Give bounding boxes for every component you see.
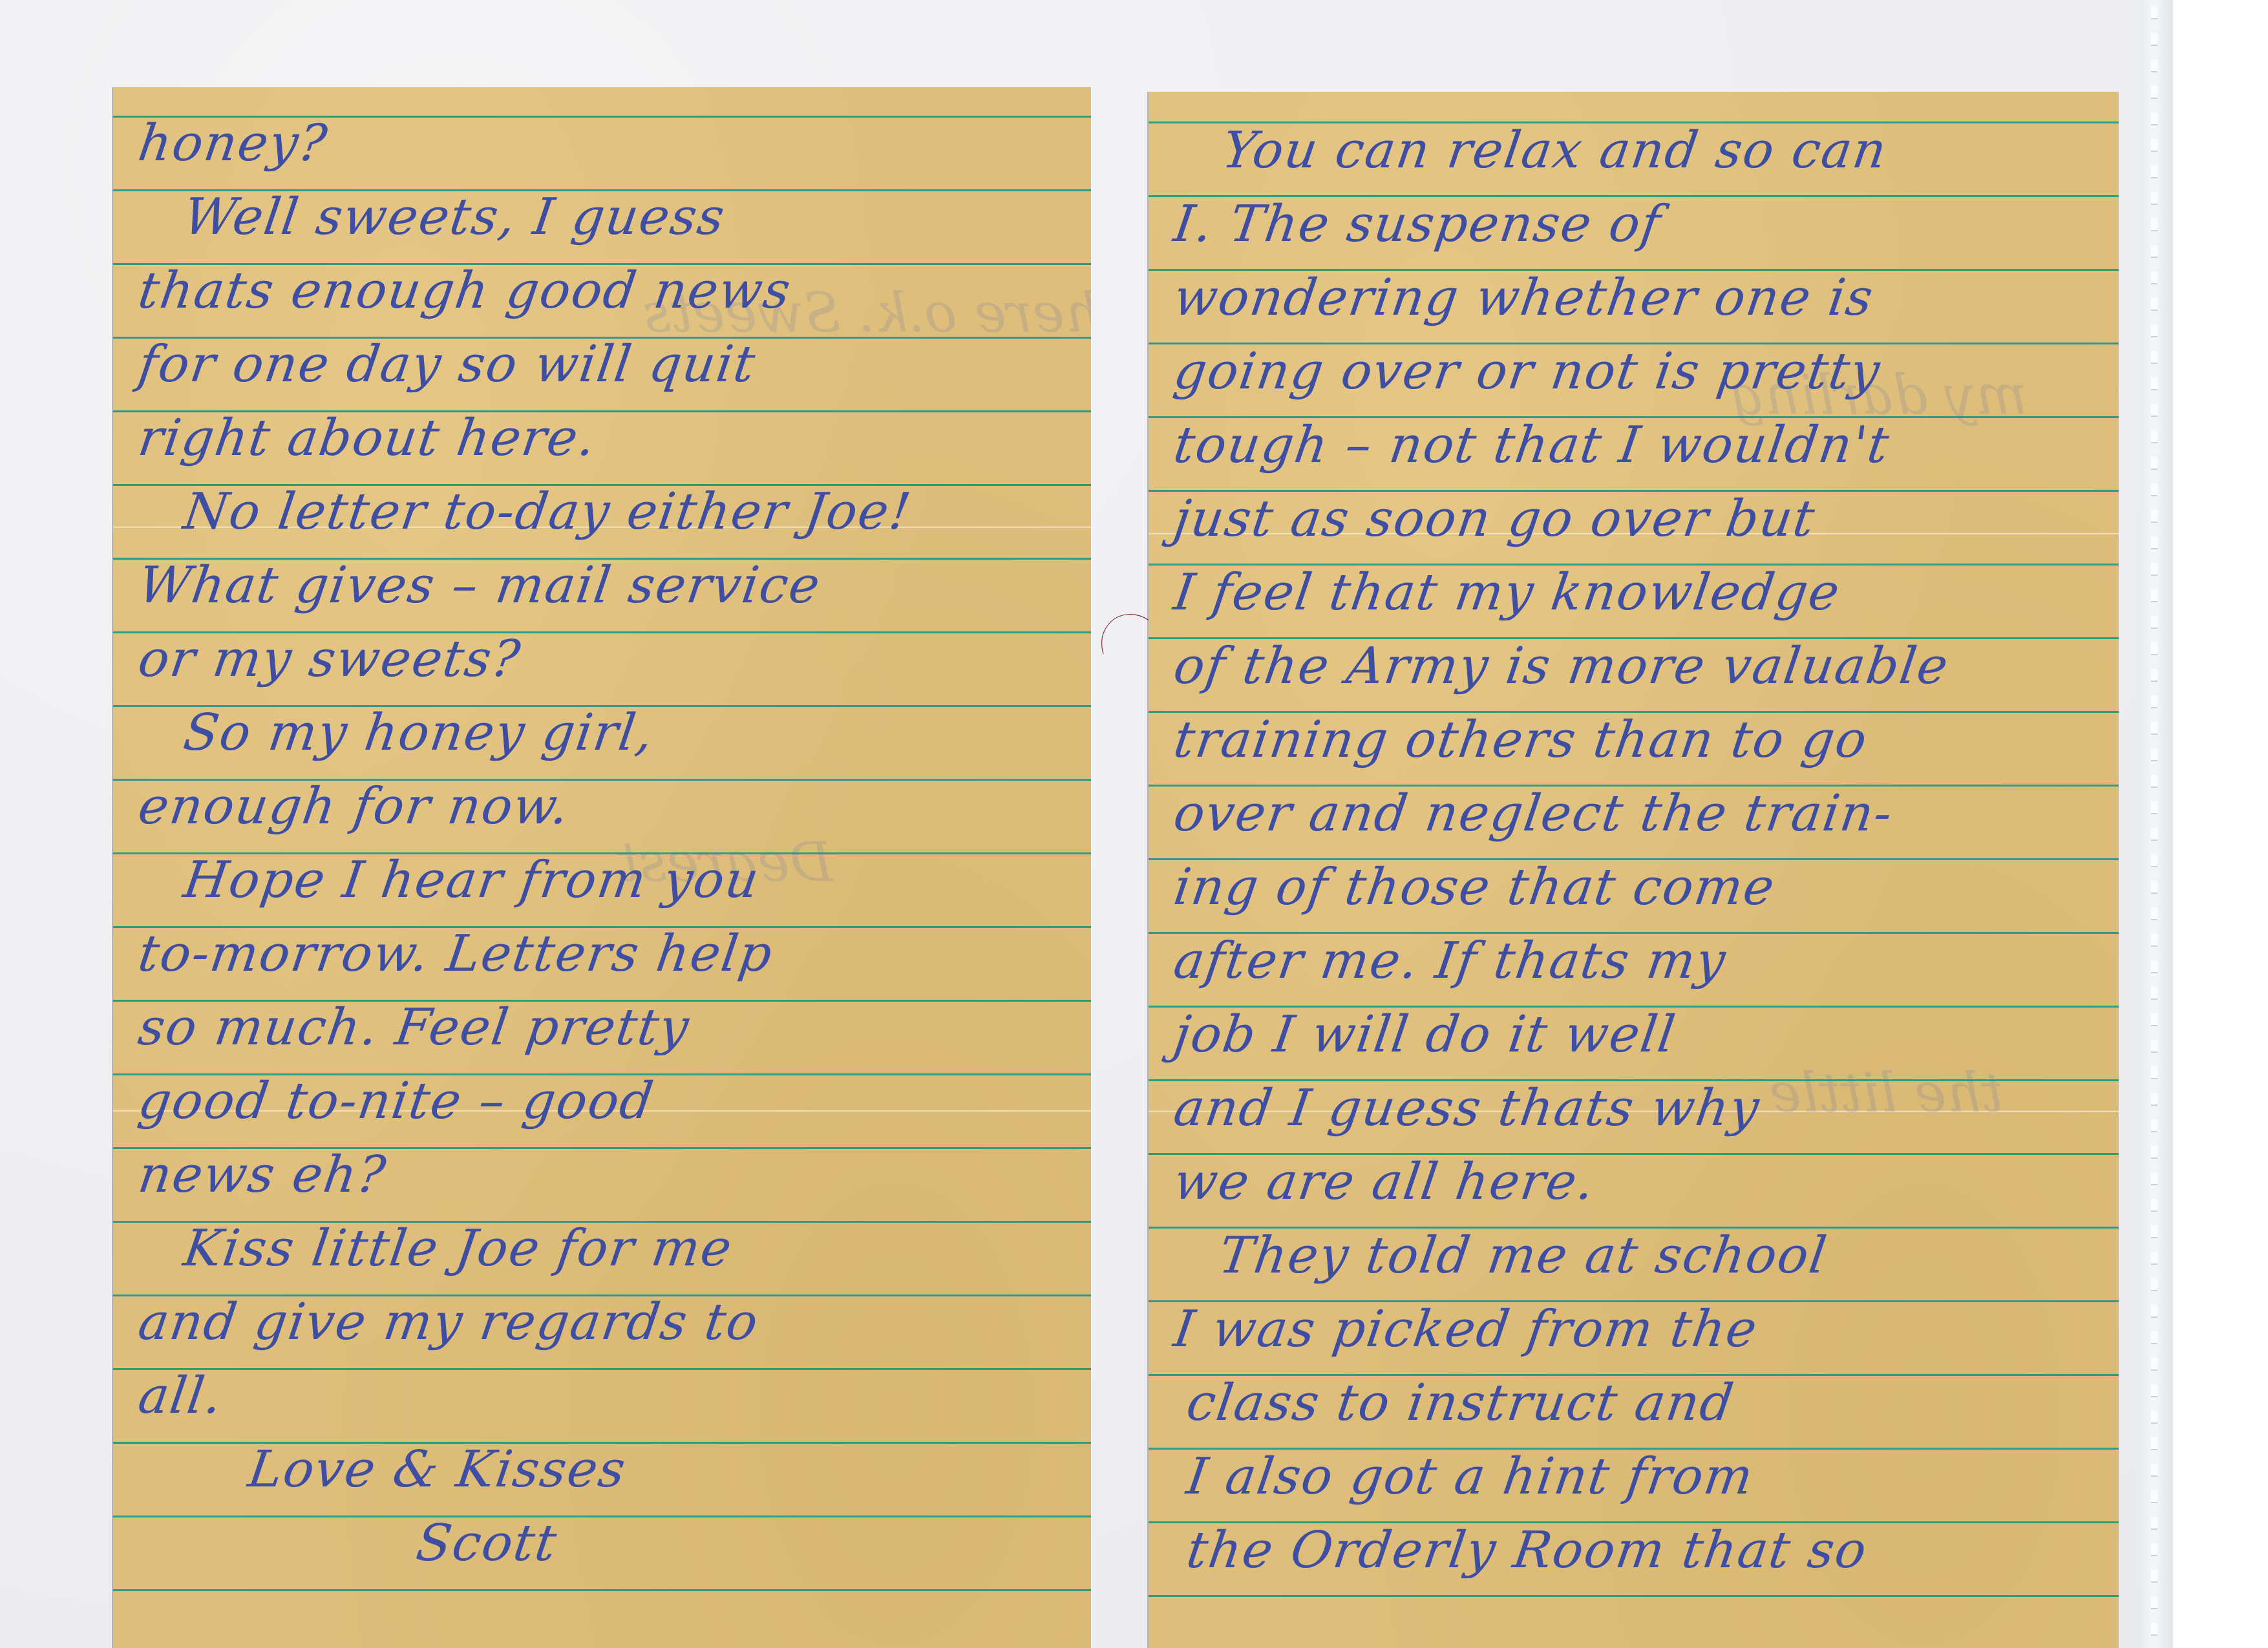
- text-line: just as soon go over but: [1149, 491, 2119, 565]
- text-line: honey?: [113, 116, 1091, 189]
- text-line: so much. Feel pretty: [113, 1000, 1091, 1073]
- text-line: class to instruct and: [1149, 1375, 2119, 1449]
- text-line: I also got a hint from: [1149, 1449, 2119, 1523]
- text-line: going over or not is pretty: [1149, 344, 2119, 417]
- letter-page-right: my darling the little You can relax and …: [1149, 92, 2119, 1648]
- text-line: we are all here.: [1149, 1154, 2119, 1228]
- text-line: I was picked from the: [1149, 1302, 2119, 1375]
- text-line: What gives – mail service: [113, 558, 1091, 631]
- text-line: job I will do it well: [1149, 1007, 2119, 1081]
- text-line: good to-nite – good: [113, 1073, 1091, 1147]
- text-line: after me. If thats my: [1149, 933, 2119, 1007]
- text-line: or my sweets?: [113, 631, 1091, 705]
- text-line: Well sweets, I guess: [113, 189, 1091, 263]
- text-line: tough – not that I wouldn't: [1149, 417, 2119, 491]
- text-line: all.: [113, 1368, 1091, 1442]
- letter-page-left: there o.k. Sweets Dearest honey? Well sw…: [113, 87, 1091, 1648]
- text-line: So my honey girl,: [113, 705, 1091, 779]
- sleeve-perforations: [2151, 0, 2157, 1648]
- text-line: to-morrow. Letters help: [113, 926, 1091, 1000]
- text-line: enough for now.: [113, 779, 1091, 852]
- text-line: over and neglect the train-: [1149, 786, 2119, 860]
- text-line: right about here.: [113, 410, 1091, 484]
- text-line: ing of those that come: [1149, 860, 2119, 933]
- text-line: wondering whether one is: [1149, 270, 2119, 344]
- text-line: thats enough good news: [113, 263, 1091, 337]
- handwritten-text: honey? Well sweets, I guess thats enough…: [113, 116, 1091, 1589]
- stray-hair: [1092, 607, 1150, 659]
- text-line: and I guess thats why: [1149, 1081, 2119, 1154]
- signature: Scott: [113, 1516, 1091, 1589]
- text-line: They told me at school: [1149, 1228, 2119, 1302]
- text-line: No letter to-day either Joe!: [113, 484, 1091, 558]
- text-line: training others than to go: [1149, 712, 2119, 786]
- text-line: for one day so will quit: [113, 337, 1091, 410]
- scan-margin: [2173, 0, 2268, 1648]
- text-line: news eh?: [113, 1147, 1091, 1221]
- text-line: the Orderly Room that so: [1149, 1523, 2119, 1596]
- text-line: I. The suspense of: [1149, 196, 2119, 270]
- handwritten-text: You can relax and so can I. The suspense…: [1149, 123, 2119, 1596]
- text-line: Hope I hear from you: [113, 852, 1091, 926]
- closing: Love & Kisses: [113, 1442, 1091, 1516]
- text-line: Kiss little Joe for me: [113, 1221, 1091, 1294]
- text-line: of the Army is more valuable: [1149, 639, 2119, 712]
- text-line: I feel that my knowledge: [1149, 565, 2119, 639]
- text-line: You can relax and so can: [1149, 123, 2119, 196]
- text-line: and give my regards to: [113, 1294, 1091, 1368]
